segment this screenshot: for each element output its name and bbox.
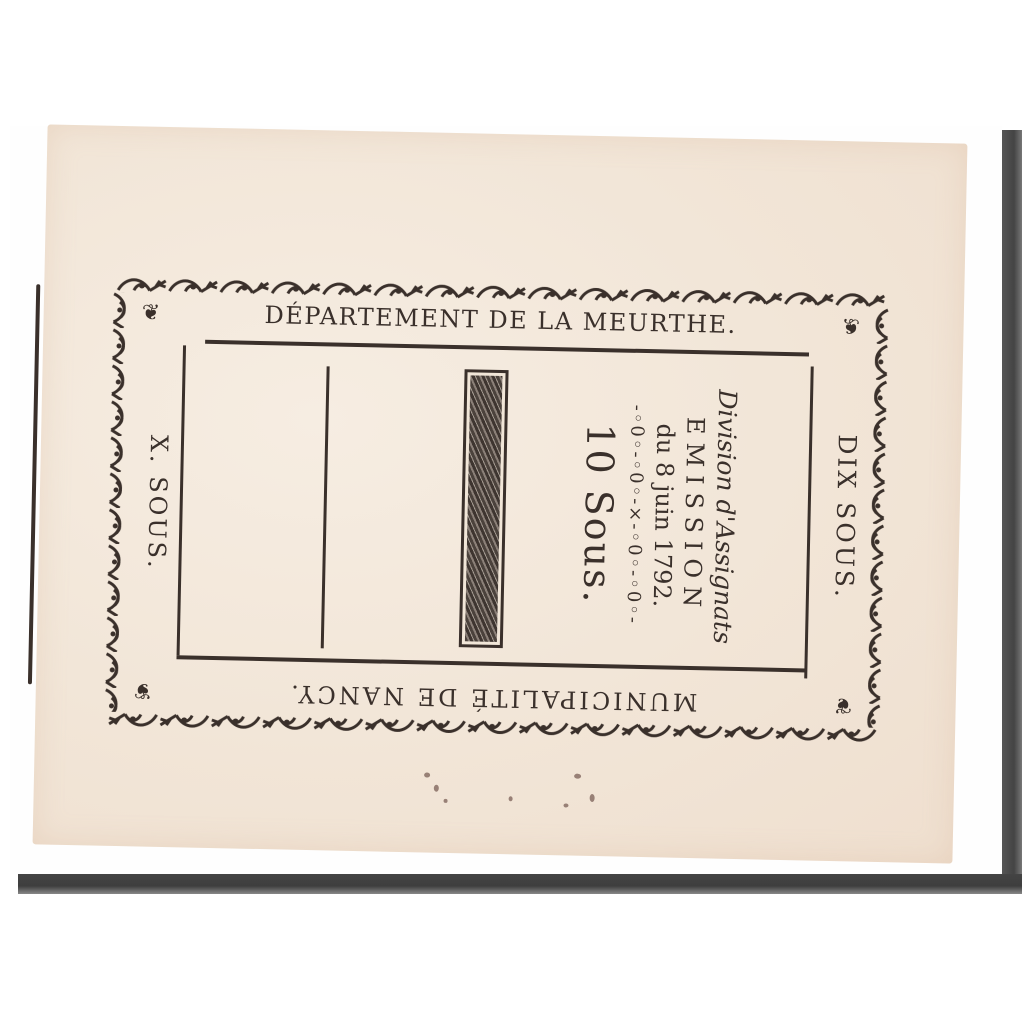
photo-shadow-bottom [18, 874, 1022, 894]
paper-stains [413, 762, 614, 816]
left-denomination: X. SOUS. [135, 362, 181, 643]
border-ornament-left [99, 292, 132, 712]
hatched-fill [465, 375, 503, 642]
banknote: ❦ ❦ ❦ ❦ DÉPARTEMENT DE LA MEURTHE. MUNIC… [33, 124, 968, 863]
left-denomination-text: X. SOUS. [142, 435, 173, 571]
center-inscription: Division d'Assignats EMISSION du 8 juin … [510, 362, 806, 668]
emission-date: du 8 juin 1792. [646, 370, 682, 661]
hatched-panel [459, 369, 509, 648]
border-ornament-right [861, 308, 894, 728]
inner-rule-top [205, 340, 809, 357]
division-label: Division d'Assignats [706, 371, 744, 662]
ornamental-frame: ❦ ❦ ❦ ❦ DÉPARTEMENT DE LA MEURTHE. MUNIC… [99, 272, 894, 748]
photo-shadow-right [1002, 130, 1022, 882]
denomination-value: 10 Sous. [574, 369, 624, 660]
right-denomination-text: DIX SOUS. [829, 434, 861, 600]
signature-rule [321, 366, 330, 648]
right-denomination: DIX SOUS. [823, 377, 869, 658]
